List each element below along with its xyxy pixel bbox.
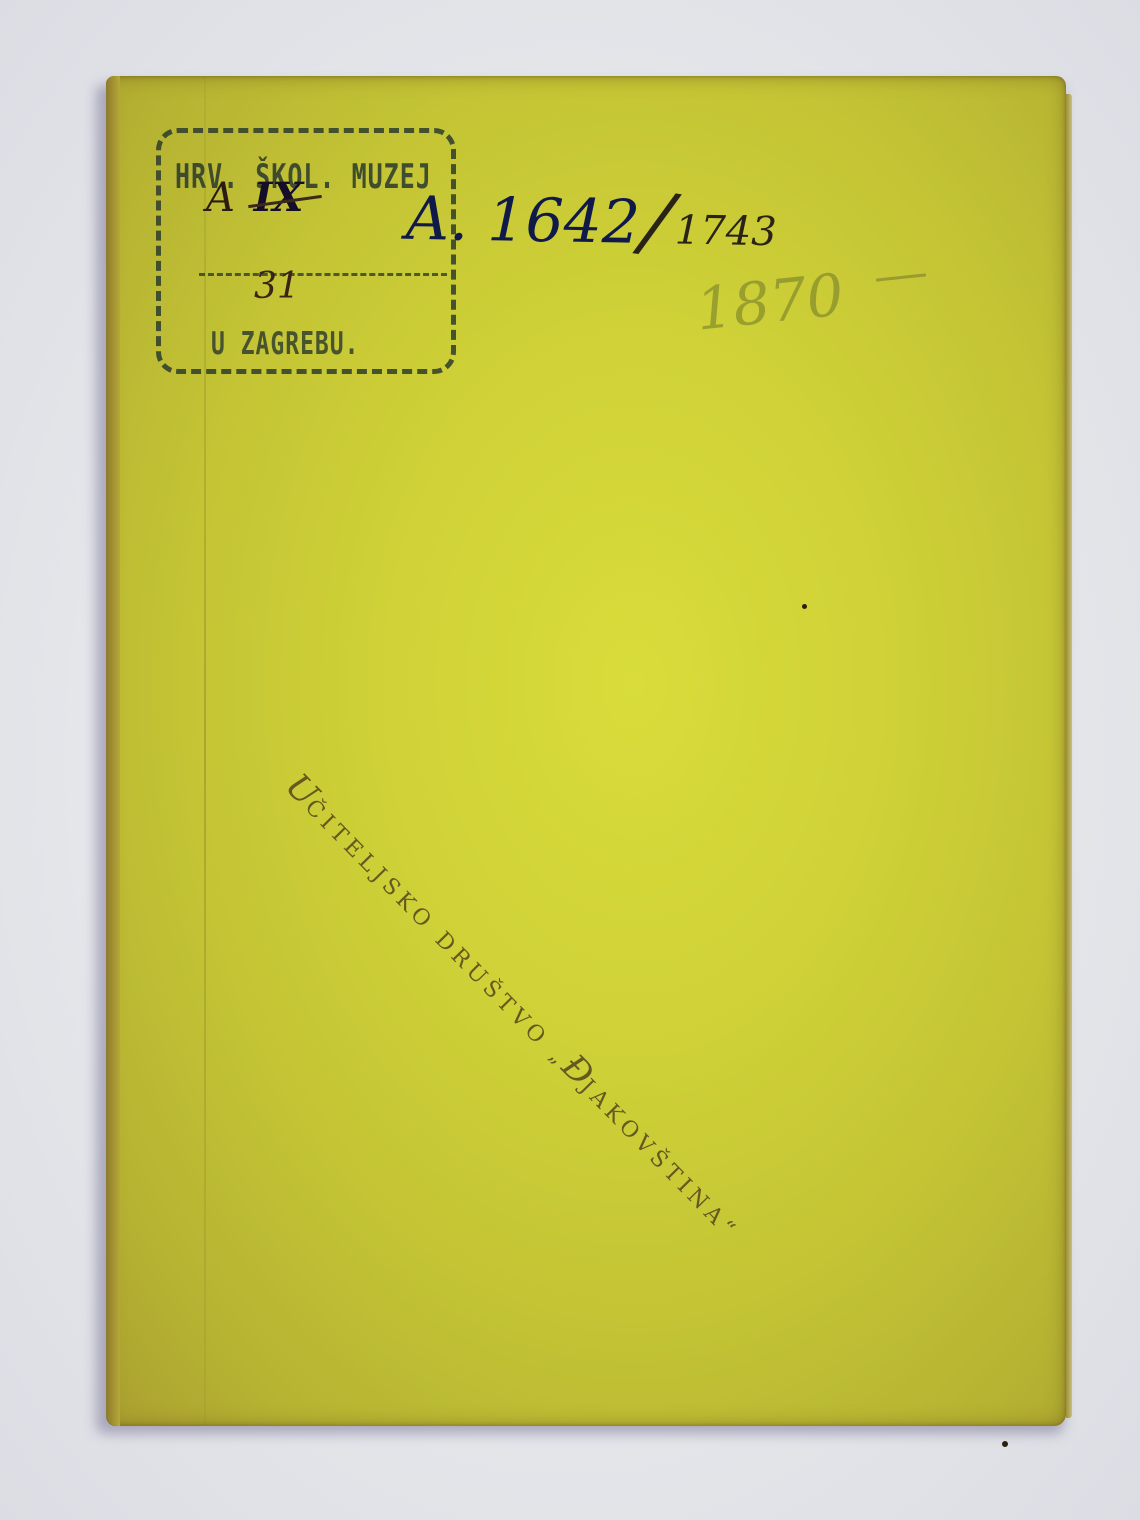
pencil-dash bbox=[876, 273, 926, 281]
ink-speck bbox=[1002, 1441, 1008, 1447]
inventory-main-number: 1642 bbox=[487, 185, 641, 258]
publisher-text-2: JAKOVŠTINA“ bbox=[575, 1075, 743, 1245]
ink-speck bbox=[802, 604, 807, 609]
stamp-city: U ZAGREBU. bbox=[211, 327, 359, 362]
publisher-imprint: UČITELJSKO DRUŠTVO „ĐJAKOVŠTINA“ bbox=[277, 766, 751, 1247]
inventory-alt-number: 1743 bbox=[674, 207, 777, 255]
handwritten-section-mark: A IX bbox=[206, 174, 303, 221]
slash-mark: / bbox=[637, 174, 678, 270]
pencil-year-note: 1870 bbox=[693, 260, 847, 343]
inventory-prefix: A. bbox=[405, 184, 469, 255]
section-letter: A bbox=[206, 175, 235, 221]
stamp-divider bbox=[199, 273, 447, 276]
inventory-number: A. 1642/1743 bbox=[405, 165, 778, 264]
publisher-text: ČITELJSKO DRUŠTVO „ bbox=[300, 795, 574, 1073]
booklet-cover: HRV. ŠKOL. MUZEJ U ZAGREBU. A IX 31 A. 1… bbox=[106, 76, 1066, 1426]
handwritten-shelf-number: 31 bbox=[254, 266, 300, 307]
spine-edge bbox=[106, 76, 120, 1426]
struck-out-mark: IX bbox=[254, 174, 304, 221]
